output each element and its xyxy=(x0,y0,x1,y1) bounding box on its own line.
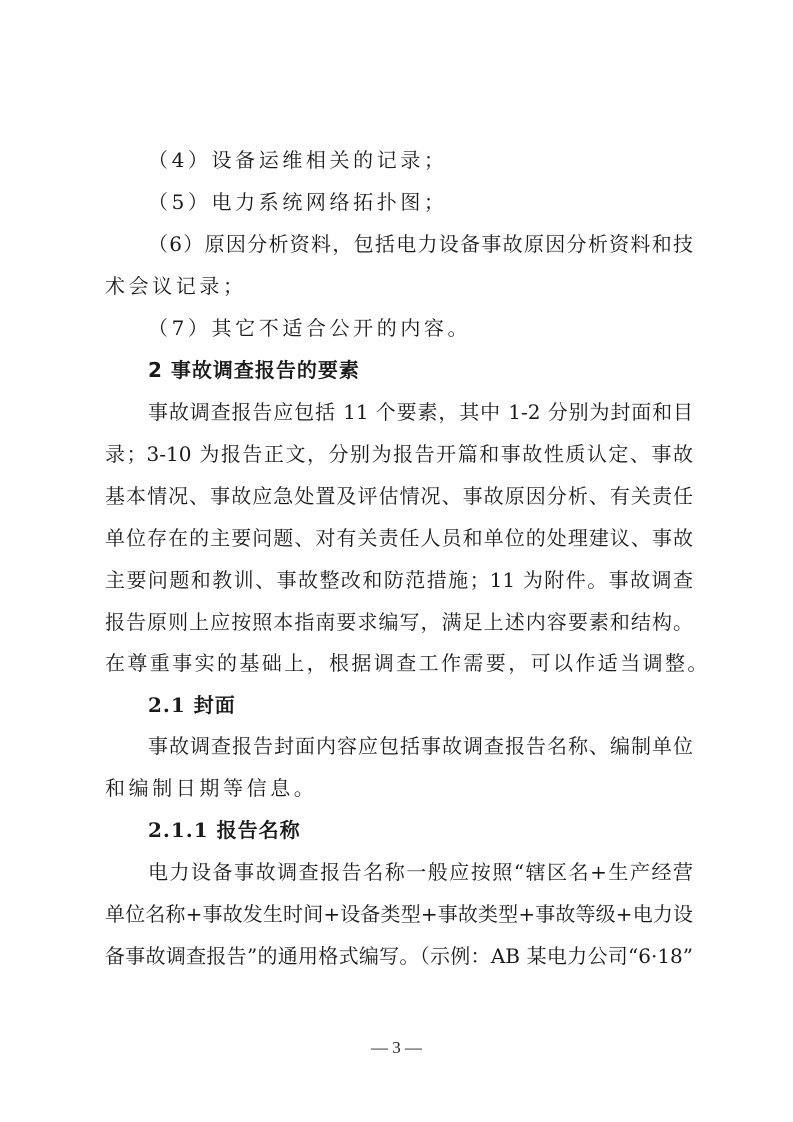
paragraph-line: 备事故调查报告”的通用格式编写。（示例：AB 某电力公司“6·18” xyxy=(105,935,693,977)
paragraph-line: 事故调查报告应包括 11 个要素，其中 1-2 分别为封面和目 xyxy=(148,391,693,433)
page-number: — 3 — xyxy=(0,1038,793,1058)
paragraph-line: 单位存在的主要问题、对有关责任人员和单位的处理建议、事故 xyxy=(105,517,693,559)
section-heading-2-1: 2.1 封面 xyxy=(148,684,693,726)
list-item-5: （5）电力系统网络拓扑图； xyxy=(148,181,693,223)
paragraph-line: 在尊重事实的基础上，根据调查工作需要，可以作适当调整。 xyxy=(105,642,693,684)
section-heading-2-1-1: 2.1.1 报告名称 xyxy=(148,809,693,851)
paragraph-line: 事故调查报告封面内容应包括事故调查报告名称、编制单位 xyxy=(148,725,693,767)
paragraph-line: 录；3-10 为报告正文，分别为报告开篇和事故性质认定、事故 xyxy=(105,433,693,475)
paragraph-line: 主要问题和教训、事故整改和防范措施；11 为附件。事故调查 xyxy=(105,559,693,601)
paragraph-line: 基本情况、事故应急处置及评估情况、事故原因分析、有关责任 xyxy=(105,475,693,517)
paragraph-line: 报告原则上应按照本指南要求编写，满足上述内容要素和结构。 xyxy=(105,601,693,643)
paragraph-line: 和编制日期等信息。 xyxy=(105,767,693,809)
list-item-6: （6）原因分析资料，包括电力设备事故原因分析资料和技 xyxy=(148,223,693,265)
paragraph-line: 电力设备事故调查报告名称一般应按照“辖区名+生产经营 xyxy=(148,851,693,893)
document-page: （4）设备运维相关的记录； （5）电力系统网络拓扑图； （6）原因分析资料，包括… xyxy=(0,0,793,1122)
list-item-4: （4）设备运维相关的记录； xyxy=(148,139,693,181)
section-heading-2: 2 事故调查报告的要素 xyxy=(148,349,693,391)
list-item-7: （7）其它不适合公开的内容。 xyxy=(148,307,693,349)
paragraph-line: 单位名称+事故发生时间+设备类型+事故类型+事故等级+电力设 xyxy=(105,893,693,935)
list-item-6-cont: 术会议记录； xyxy=(105,265,693,307)
